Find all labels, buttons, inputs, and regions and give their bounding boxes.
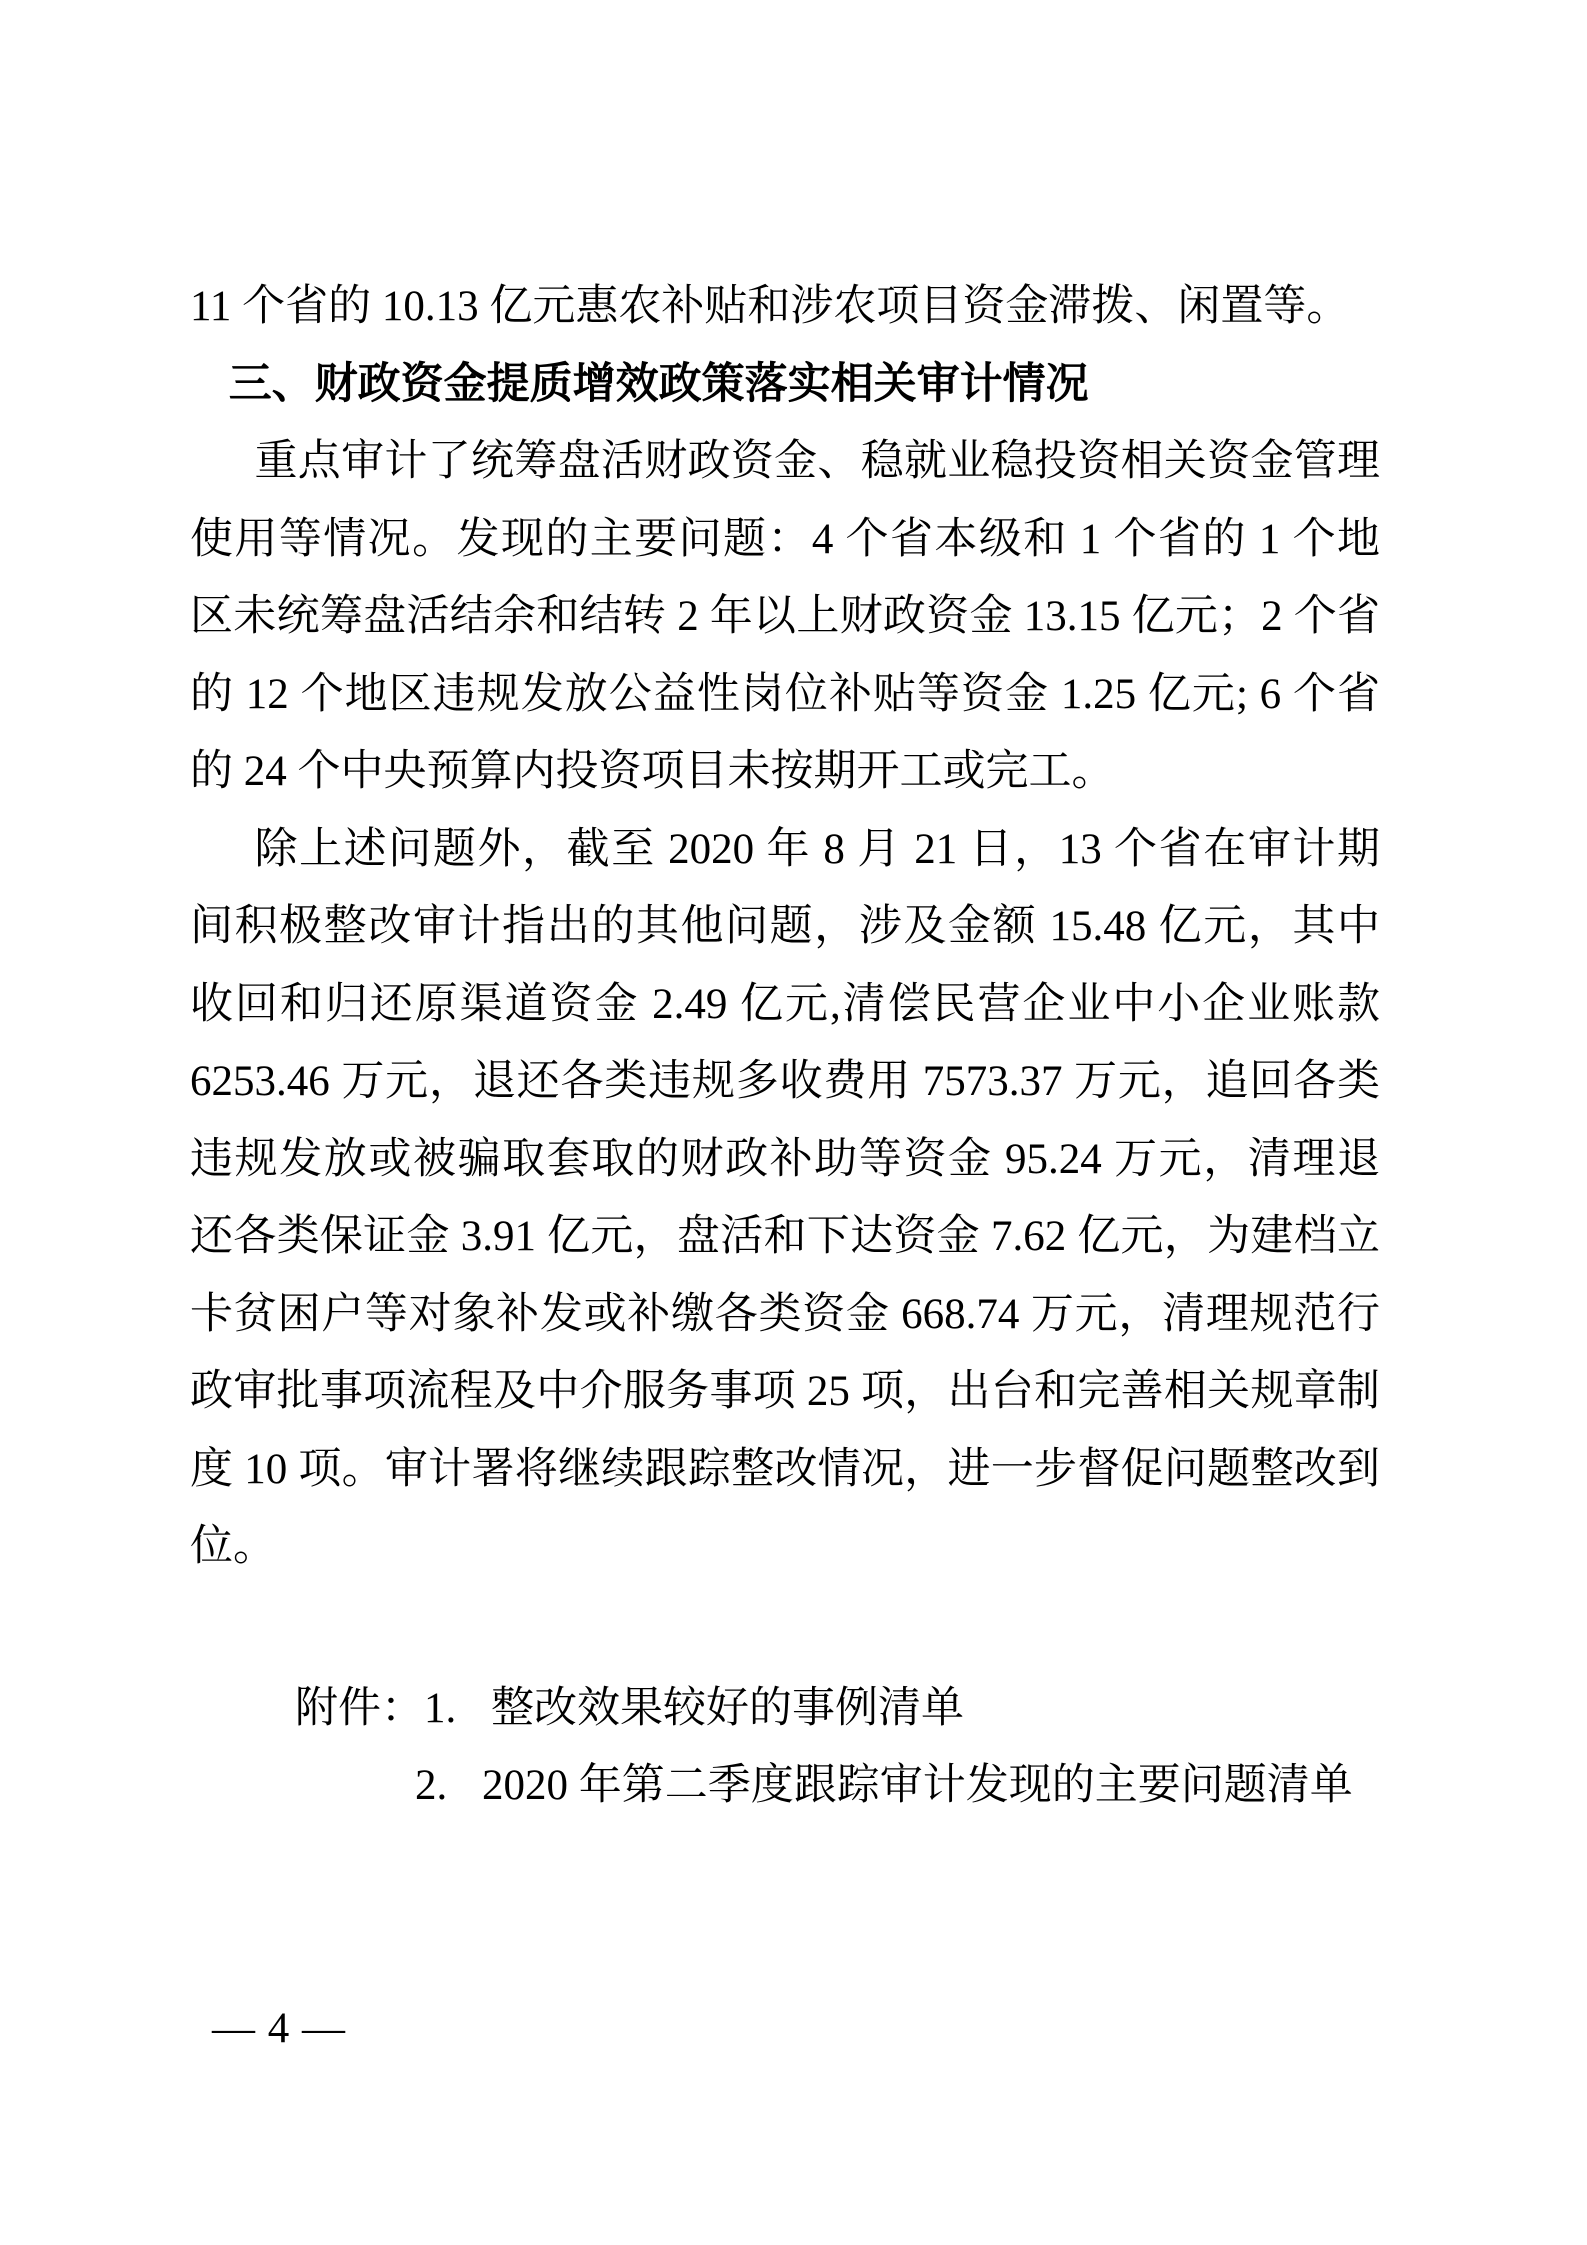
attachments-label: 附件： <box>295 1670 424 1748</box>
attachments-block: 附件： 1. 整改效果较好的事例清单 2. 2020 年第二季度跟踪审计发现的主… <box>295 1670 1380 1825</box>
attachment-1-number: 1. <box>424 1670 491 1748</box>
page-number: — 4 — <box>212 2007 346 2050</box>
document-page: 11 个省的 10.13 亿元惠农补贴和涉农项目资金滞拨、闲置等。 三、财政资金… <box>0 0 1587 2245</box>
attachment-item-2: 2. 2020 年第二季度跟踪审计发现的主要问题清单 <box>295 1747 1380 1825</box>
paragraph-rectification-progress: 除上述问题外，截至 2020 年 8 月 21 日，13 个省在审计期间积极整改… <box>190 811 1380 1586</box>
attachment-2-title: 2020 年第二季度跟踪审计发现的主要问题清单 <box>482 1747 1353 1825</box>
attachment-item-1: 附件： 1. 整改效果较好的事例清单 <box>295 1670 1380 1748</box>
document-body: 11 个省的 10.13 亿元惠农补贴和涉农项目资金滞拨、闲置等。 三、财政资金… <box>190 268 1380 1825</box>
paragraph-audit-findings: 重点审计了统筹盘活财政资金、稳就业稳投资相关资金管理使用等情况。发现的主要问题：… <box>190 423 1380 811</box>
paragraph-continuation: 11 个省的 10.13 亿元惠农补贴和涉农项目资金滞拨、闲置等。 <box>190 268 1380 346</box>
attachment-1-title: 整改效果较好的事例清单 <box>491 1670 964 1748</box>
attachment-2-number: 2. <box>415 1747 482 1825</box>
section-heading: 三、财政资金提质增效政策落实相关审计情况 <box>190 346 1380 424</box>
